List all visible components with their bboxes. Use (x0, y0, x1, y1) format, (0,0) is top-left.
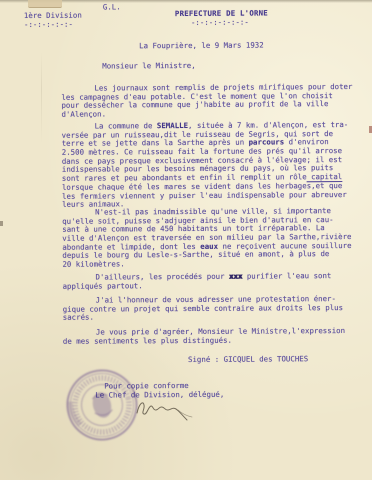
text-line: de mes sentiments les plus distingués. (63, 336, 365, 347)
letter-page: G.L. 1ère Division -:-:-:-:-:- PREFECTUR… (0, 0, 372, 480)
paragraph-5: J'ai l'honneur de vous adresser une prot… (63, 295, 365, 323)
signed-line: Signé : GICQUEL des TOUCHES (188, 355, 308, 364)
text-line: d'Alençon. (62, 109, 364, 120)
filing-reference: G.L. (103, 3, 121, 12)
paragraph-1: Les journaux sont remplis de projets mir… (61, 83, 363, 120)
text-line: appliqués partout. (63, 281, 365, 292)
text-line: 20 kilomètres. (62, 259, 364, 270)
paragraph-6: Je vous prie d'agréer, Monsieur le Minis… (63, 327, 365, 346)
text-segment: La commune de (95, 121, 157, 130)
text-line: sacrés. (63, 312, 365, 323)
emphasized-commune-name: SEMALLE (157, 121, 188, 130)
handwritten-signature (134, 396, 196, 428)
division-rule: -:-:-:-:-:- (24, 20, 73, 29)
letterhead-rule: -:-:-:-:-:-:- (191, 18, 249, 27)
paragraph-3: N'est-il pas inadmissible qu'une ville, … (62, 207, 364, 270)
paragraph-4: D'ailleurs, les procédés pour xxx purifi… (62, 272, 364, 291)
salutation: Monsieur le Ministre, (102, 62, 196, 71)
text-segment: D'ailleurs, les procédés pour (95, 272, 229, 282)
struck-out-word: xxx (229, 272, 242, 281)
text-segment: purifier l'eau sont (242, 271, 331, 281)
handwritten-signature-graphic (134, 396, 196, 428)
paragraph-2: La commune de SEMALLE, située à 7 km. d'… (62, 121, 365, 210)
dateline: La Fouprière, le 9 Mars 1932 (139, 42, 264, 51)
underlined-word: capital (307, 172, 343, 181)
